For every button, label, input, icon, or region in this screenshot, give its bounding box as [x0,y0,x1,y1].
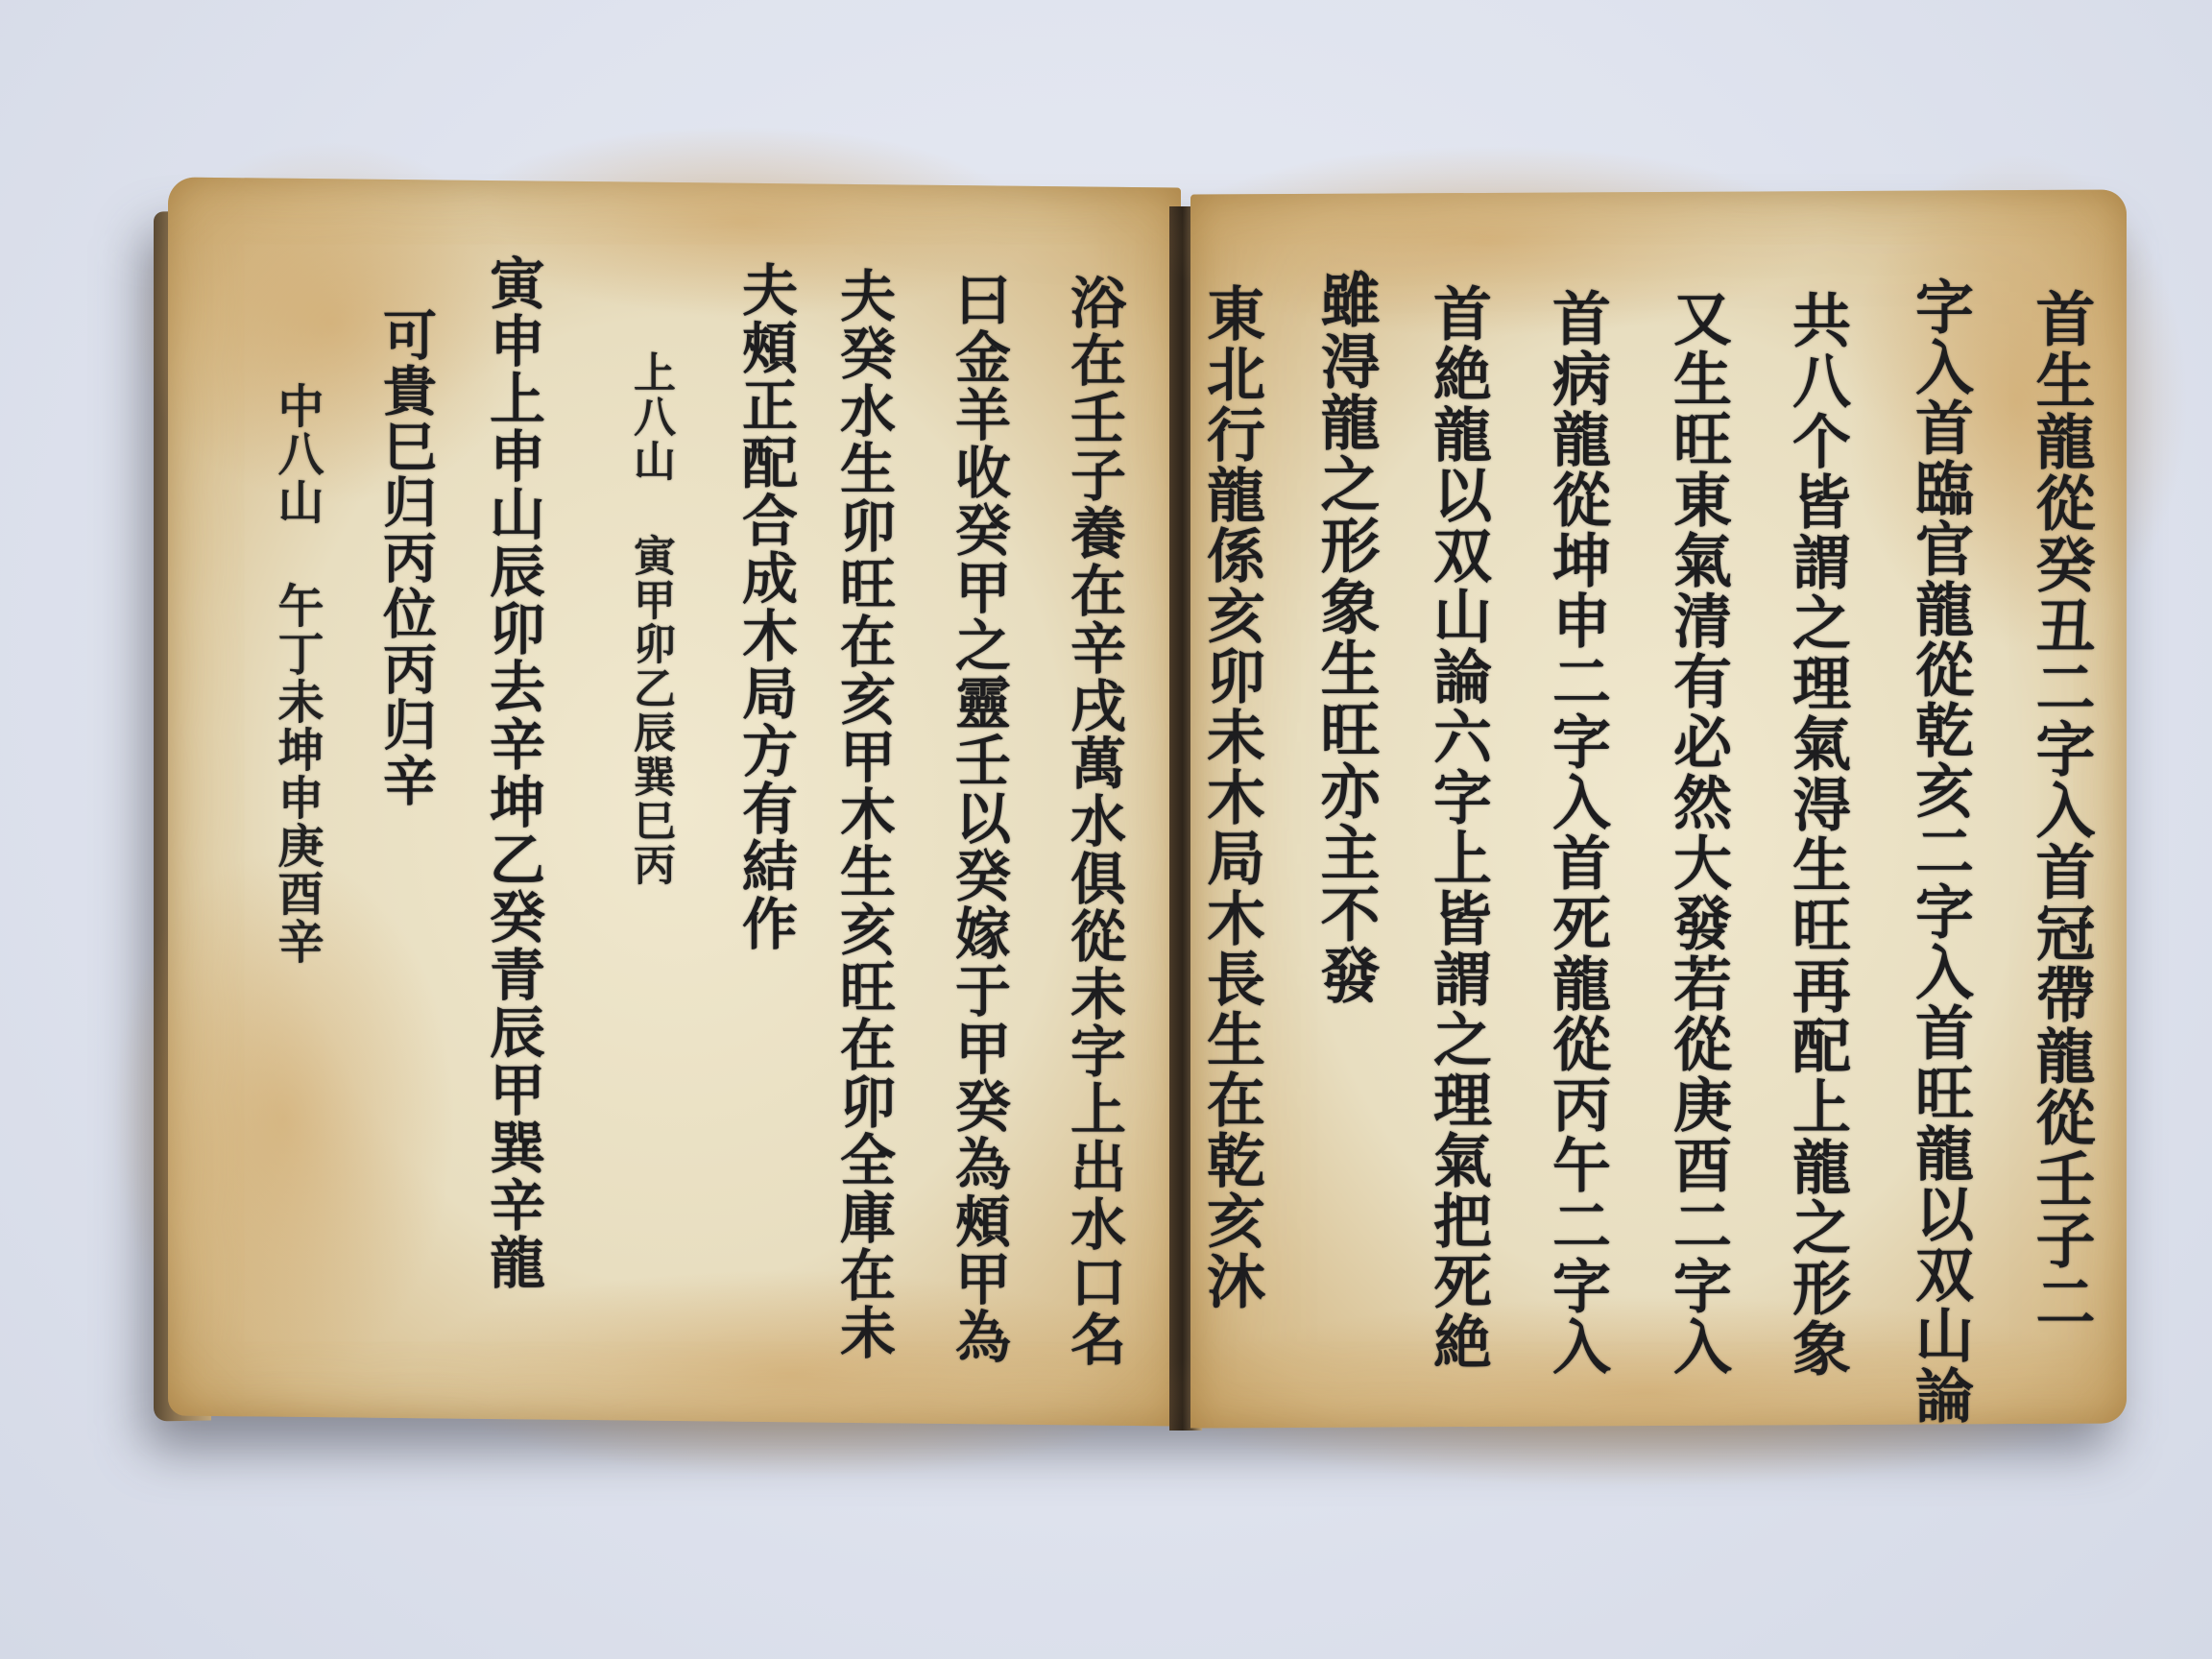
text-column: 夫癸水生卯旺在亥甲木生亥旺在卯全庫在未 [835,267,891,1361]
water-stain [1843,151,2189,652]
text-column: 首絶龍以双山論六字上皆謂之理氣把死絶 [1429,283,1487,1372]
text-column: 寅申上申山辰卯去辛坤乙癸青辰甲巽辛龍 [485,254,541,1291]
text-column-annotation: 中八山 午丁未坤申庚酉辛 [274,382,320,966]
text-column: 共八个皆謂之理氣淂生旺再配上龍之形象 [1788,290,1846,1379]
text-column-annotation: 上八山 寅甲卯乙辰巽巳丙 [629,350,671,887]
water-stain [1142,1293,2151,1490]
text-column: 東北行龍係亥卯未木局木長生在乾亥沐 [1202,283,1261,1311]
text-column: 雖淂龍之形象生旺亦主不發 [1315,269,1375,1006]
text-column: 浴在壬子養在辛戌萬水俱從未字上出水口名 [1066,274,1121,1368]
text-column: 又生旺東氣清有必然大發若從庚酉二字入 [1669,288,1727,1377]
text-column: 夫頰正配合成木局方有結作 [737,261,793,952]
text-column: 首病龍從坤申二字入首死龍從丙午二字入 [1548,288,1606,1377]
text-column: 可貴巳归丙位丙归辛 [379,307,433,808]
text-column: 曰金羊收癸甲之靈壬以癸嫁于甲癸為頰甲為 [950,271,1006,1365]
text-column: 字入首臨官龍從乾亥二字入首旺龍以双山論 [1911,276,1969,1426]
text-column: 首生龍從癸丑二字入首冠帶龍從壬子二 [2031,288,2090,1333]
open-book: 首生龍從癸丑二字入首冠帶龍從壬子二 字入首臨官龍從乾亥二字入首旺龍以双山論 共八… [0,0,2212,1659]
